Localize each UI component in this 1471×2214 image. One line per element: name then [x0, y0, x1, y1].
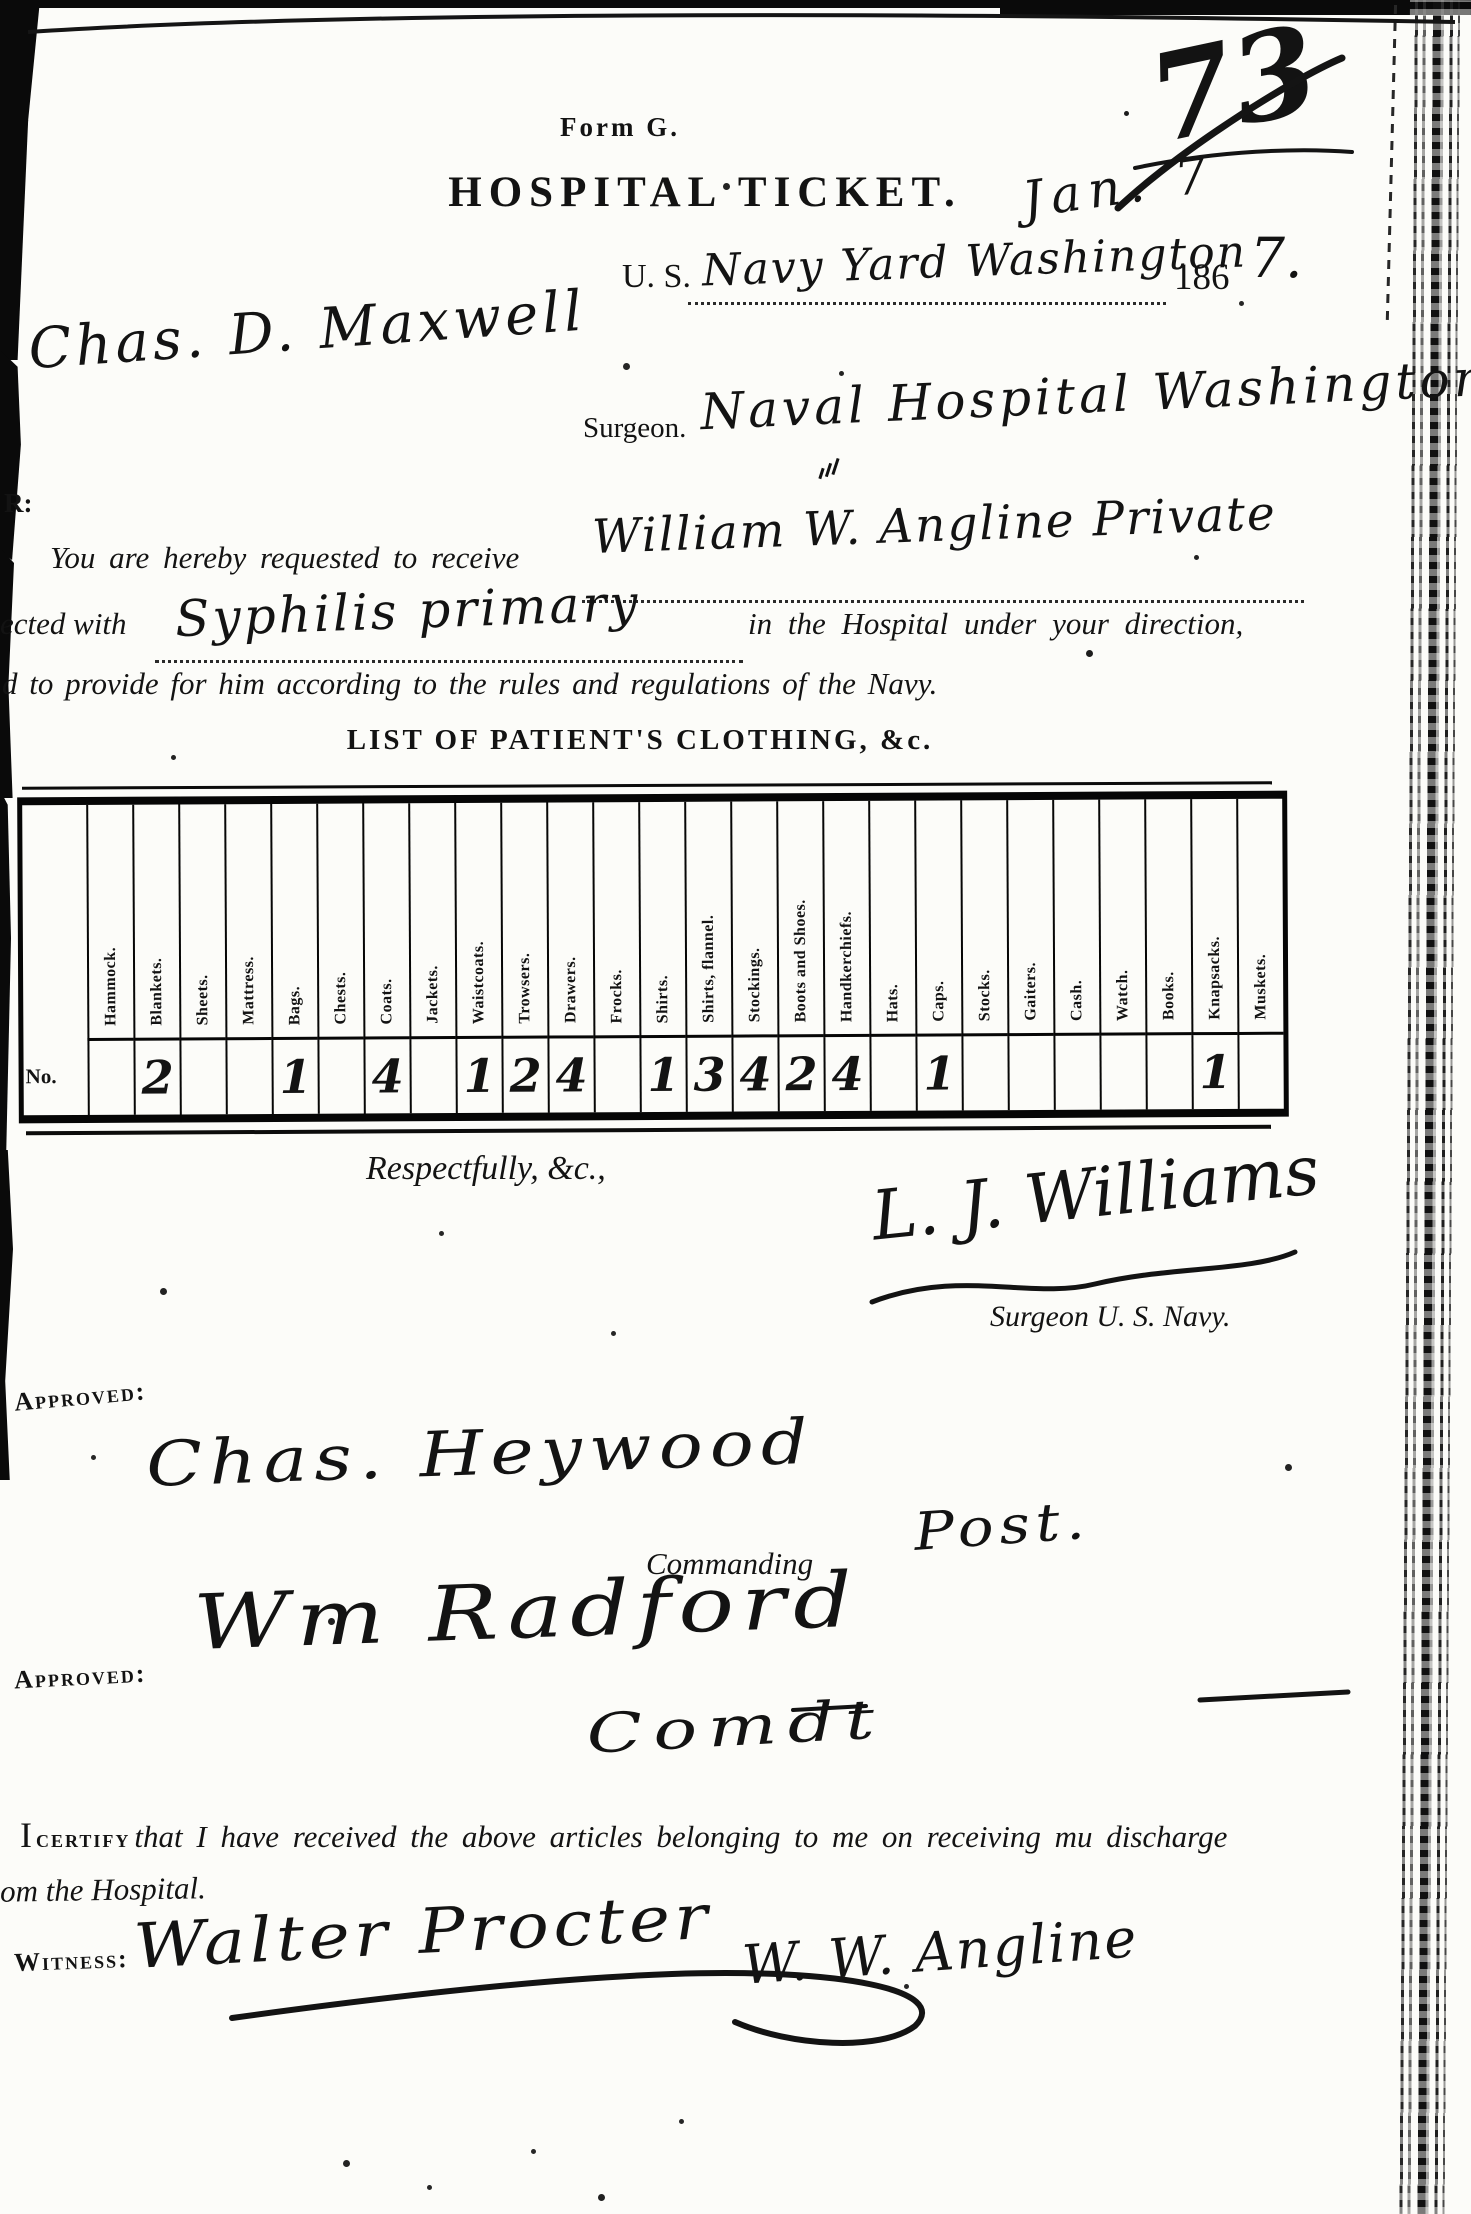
clothing-column-value [179, 1040, 225, 1114]
witness-signature: Walter Procter [132, 1880, 714, 1983]
clothing-column-label: Drawers. [562, 957, 580, 1024]
clothing-column-value: 1 [455, 1039, 501, 1113]
clothing-column-header: Shirts. [638, 802, 685, 1038]
addressee-surgeon-name: Chas. D. Maxwell [26, 279, 588, 383]
clothing-column-label: Muskets. [1252, 954, 1270, 1020]
approved-label-1: Approved: [13, 1376, 148, 1417]
clothing-column-value: 1 [915, 1036, 961, 1110]
clothing-column-value: 1 [1191, 1035, 1237, 1109]
scan-edge-left [0, 0, 40, 130]
clothing-column-header: Sheets. [178, 804, 225, 1040]
clothing-column-header: Books. [1144, 799, 1191, 1035]
certification-certify-word: certify [36, 1824, 130, 1853]
clothing-column-header: Blankets. [132, 804, 179, 1040]
page-edge-binding [1395, 0, 1471, 2214]
witness-label: Witness: [14, 1944, 130, 1978]
clothing-column-value: 2 [501, 1039, 547, 1113]
clothing-column-value: 3 [685, 1038, 731, 1112]
clothing-column-value [961, 1036, 1007, 1110]
clothing-column-value [1099, 1035, 1145, 1109]
clothing-column-label: Waistcoats. [470, 941, 488, 1024]
certification-line: I certify that I have received the above… [20, 1814, 1227, 1856]
year-digit-handwritten: 7. [1250, 226, 1302, 290]
clothing-column-header: Coats. [362, 803, 409, 1039]
clothing-column-value: 4 [363, 1039, 409, 1113]
request-line2-prefix: ected with [0, 606, 127, 642]
clothing-column-label: Jackets. [424, 965, 442, 1024]
table-bottom-rule [26, 1125, 1271, 1136]
clothing-column-label: Frocks. [608, 969, 626, 1023]
clothing-column-label: Blankets. [148, 957, 166, 1025]
clothing-column-header: Drawers. [546, 802, 593, 1038]
clothing-column-value: 1 [639, 1038, 685, 1112]
clothing-column-header: Shirts, flannel. [684, 802, 731, 1038]
certification-line2: om the Hospital. [0, 1870, 206, 1910]
clothing-column-value: 4 [731, 1037, 777, 1111]
scan-edge-left [0, 350, 22, 560]
form-number: Form G. [470, 112, 770, 143]
clothing-column-header: Chests. [316, 804, 363, 1040]
clothing-column-label: Shirts. [654, 974, 672, 1022]
clothing-column-value [87, 1041, 133, 1115]
scan-edge-left [0, 1150, 13, 1480]
clothing-column-label: Sheets. [194, 974, 212, 1025]
page-number-text: 73 [1137, 0, 1330, 171]
table-top-rule [22, 781, 1272, 789]
handwritten-date: Jan. 7 [1019, 145, 1219, 229]
clothing-column-value [593, 1038, 639, 1112]
clothing-column-header: Frocks. [592, 802, 639, 1038]
clothing-column-label: Watch. [1114, 969, 1132, 1021]
hospital-handwritten: Naval Hospital Washington [699, 349, 1471, 441]
clothing-column-value [1237, 1035, 1283, 1109]
ink-smudge-mark [820, 458, 837, 479]
clothing-column-value [1007, 1036, 1053, 1110]
patient-signature: W. W. Angline [740, 1906, 1140, 1996]
clothing-column-header: Handkerchiefs. [822, 801, 869, 1037]
clothing-column-label: Bags. [286, 985, 304, 1024]
heywood-signature: Chas. Heywood [145, 1405, 816, 1501]
certification-lead: I [20, 1815, 32, 1855]
clothing-column-header: Waistcoats. [454, 803, 501, 1039]
clothing-column-header: Knapsacks. [1190, 799, 1237, 1035]
clothing-column-label: Handkerchiefs. [838, 911, 857, 1022]
clothing-column-value: 4 [547, 1038, 593, 1112]
clothing-column-label: Caps. [930, 980, 948, 1021]
clothing-column-header: Cash. [1052, 800, 1099, 1036]
clothing-column-value [1145, 1035, 1191, 1109]
clothing-column-header: Gaiters. [1006, 800, 1053, 1036]
clothing-column-header: Bags. [270, 804, 317, 1040]
surgeon-signature: L. J. Williams [868, 1131, 1323, 1257]
post-handwritten: Post. [912, 1491, 1092, 1563]
certification-body: that I have received the above articles … [134, 1819, 1227, 1854]
clothing-column-header: Muskets. [1236, 799, 1283, 1035]
clothing-column-value: 2 [133, 1040, 179, 1114]
clothing-column-value [869, 1037, 915, 1111]
clothing-column-label: Trowsers. [516, 953, 534, 1024]
clothing-column-label: Stockings. [746, 948, 764, 1023]
clothing-column-value [1053, 1036, 1099, 1110]
clothing-column-label: Books. [1160, 971, 1178, 1020]
clothing-column-header: Stocks. [960, 800, 1007, 1036]
clothing-column-label: Gaiters. [1022, 962, 1040, 1021]
clothing-column-header: Hammock. [86, 805, 133, 1041]
request-line1: You are hereby requested to receive [50, 540, 519, 576]
clothing-column-label: Chests. [332, 972, 350, 1025]
clothing-list-heading: LIST OF PATIENT'S CLOTHING, &c. [330, 724, 950, 757]
year-printed: 186 [1174, 256, 1230, 299]
clothing-row-label: No. [26, 1064, 57, 1089]
clothing-column-label: Boots and Shoes. [792, 899, 811, 1022]
clothing-column-label: Cash. [1068, 980, 1086, 1021]
clothing-column-value: 4 [823, 1037, 869, 1111]
scan-edge-left [0, 790, 11, 1160]
clothing-column-value: 1 [271, 1040, 317, 1114]
clothing-column-value [225, 1040, 271, 1114]
radford-tail-line [1200, 1692, 1348, 1700]
page-fold-line [1386, 0, 1397, 320]
surgeon-label: Surgeon. [583, 412, 686, 445]
page-number-scribble: 73 [1137, 0, 1330, 171]
clothing-column-label: Mattress. [240, 956, 258, 1025]
clothing-column-label: Shirts, flannel. [700, 915, 719, 1023]
scanned-hospital-ticket: Form G. HOSPITAL TICKET. 73 Jan. 7 U. S.… [0, 0, 1471, 2214]
surgeon-title: Surgeon U. S. Navy. [990, 1300, 1231, 1334]
clothing-column-label: Knapsacks. [1206, 936, 1224, 1020]
williams-signature-flourish [872, 1252, 1295, 1302]
clothing-column-value [317, 1040, 363, 1114]
clothing-column-label: Stocks. [976, 969, 994, 1021]
clothing-row-label-cell: No. [22, 805, 88, 1115]
station-prefix: U. S. [622, 258, 691, 296]
clothing-column-label: Coats. [378, 978, 396, 1024]
clothing-column-header: Hats. [868, 801, 915, 1037]
clothing-column-header: Boots and Shoes. [776, 801, 823, 1037]
request-line3: d to provide for him according to the ru… [2, 666, 937, 702]
clothing-column-header: Caps. [914, 800, 961, 1036]
clothing-column-header: Mattress. [224, 804, 271, 1040]
clothing-column-value: 2 [777, 1037, 823, 1111]
request-line2-suffix: in the Hospital under your direction, [748, 606, 1243, 642]
salutation: R: [4, 488, 33, 519]
form-title: HOSPITAL TICKET. [380, 168, 1030, 217]
clothing-column-header: Trowsers. [500, 803, 547, 1039]
ink-specks [0, 0, 3, 3]
approved-label-2: Approved: [13, 1659, 147, 1696]
clothing-column-value [409, 1039, 455, 1113]
clothing-column-label: Hammock. [102, 947, 120, 1026]
clothing-column-header: Jackets. [408, 803, 455, 1039]
clothing-column-label: Hats. [884, 983, 902, 1022]
comdt-handwritten: Comdt [585, 1687, 887, 1766]
respectfully-line: Respectfully, &c., [366, 1150, 606, 1188]
radford-signature: Wm Radford [192, 1555, 861, 1667]
clothing-column-header: Watch. [1098, 799, 1145, 1035]
clothing-column-header: Stockings. [730, 801, 777, 1037]
clothing-table: No. Hammock.Blankets.2Sheets.Mattress.Ba… [17, 791, 1289, 1124]
